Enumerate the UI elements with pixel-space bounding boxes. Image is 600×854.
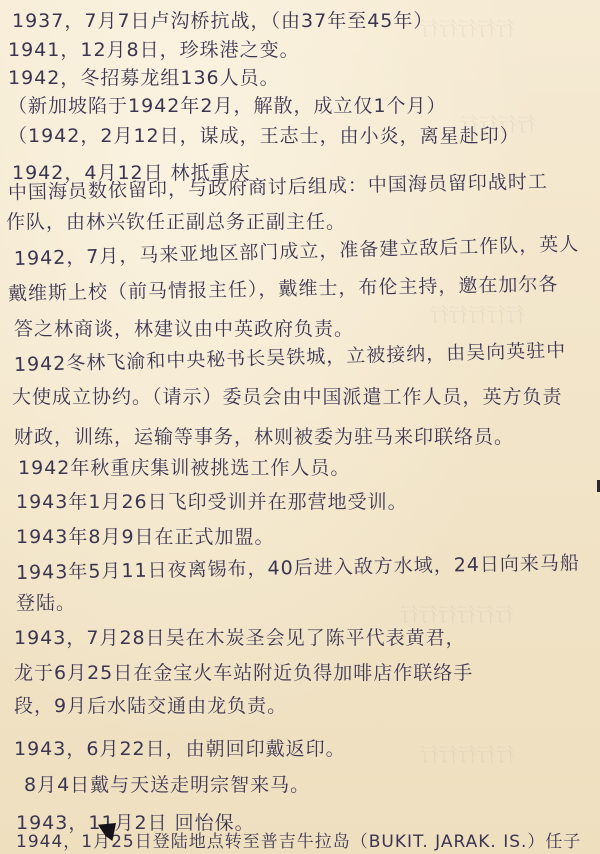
note-line-12: 1942冬林飞渝和中央秘书长吴铁城，立被接纳，由吴向英驻中	[14, 342, 567, 375]
note-line-25: 1943，11月2日 回怡保。	[16, 814, 255, 833]
note-line-3: 1942，冬招募龙组136人员。	[8, 69, 280, 88]
note-line-13: 大使成立协约。（请示）委员会由中国派遣工作人员，英方负责	[12, 388, 563, 407]
note-line-10: 戴维斯上校（前马情报主任），戴维士，布伦主持，邀在加尔各	[8, 275, 559, 304]
note-line-17: 1943年8月9日在正式加盟。	[16, 528, 275, 547]
note-line-15: 1942年秋重庆集训被挑选工作人员。	[18, 459, 350, 478]
note-line-23: 1943，6月22日，由朝回印戴返印。	[14, 740, 346, 759]
note-line-16: 1943年1月26日飞印受训并在那营地受训。	[16, 493, 408, 512]
note-line-22: 段，9月后水陆交通由龙负责。	[14, 697, 287, 716]
note-line-8: 作队，由林兴钦任正副总务正副主任。	[6, 213, 346, 232]
note-line-26: 1944，1月25日登陆地点转至普吉牛拉岛（BUKIT. JARAK. IS.）…	[16, 834, 581, 851]
note-line-5: （1942，2月12日，谋成，王志士，由小炎，离星赴印）	[8, 127, 520, 146]
note-line-11: 答之林商谈，林建议由中英政府负责。	[14, 320, 354, 339]
note-line-4: （新加坡陷于1942年2月，解散，成立仅1个月）	[8, 97, 447, 116]
note-line-18: 1943年5月11日夜离锡布，40后进入敌方水域，24日向来马船	[16, 554, 580, 583]
note-line-9: 1942，7月，马来亚地区部门成立，准备建立敌后工作队，英人	[14, 235, 580, 269]
note-line-21: 龙于6月25日在金宝火车站附近负得加啡店作联络手	[14, 664, 473, 683]
note-line-20: 1943，7月28日吴在木炭圣会见了陈平代表黄君，	[14, 629, 466, 648]
note-line-19: 登陆。	[16, 594, 76, 613]
note-line-24: 8月4日戴与天送走明宗智来马。	[24, 776, 310, 795]
handwritten-document-page: 行行行行行 行行行行 行行行行行 行行行行行行 行行行行行 1937，7月7日卢…	[0, 0, 600, 854]
note-line-14: 财政，训练，运输等事务，林则被委为驻马来印联络员。	[14, 428, 514, 447]
note-line-1: 1937，7月7日卢沟桥抗战，（由37年至45年）	[12, 12, 433, 31]
note-line-2: 1941，12月8日，珍珠港之变。	[8, 41, 300, 60]
